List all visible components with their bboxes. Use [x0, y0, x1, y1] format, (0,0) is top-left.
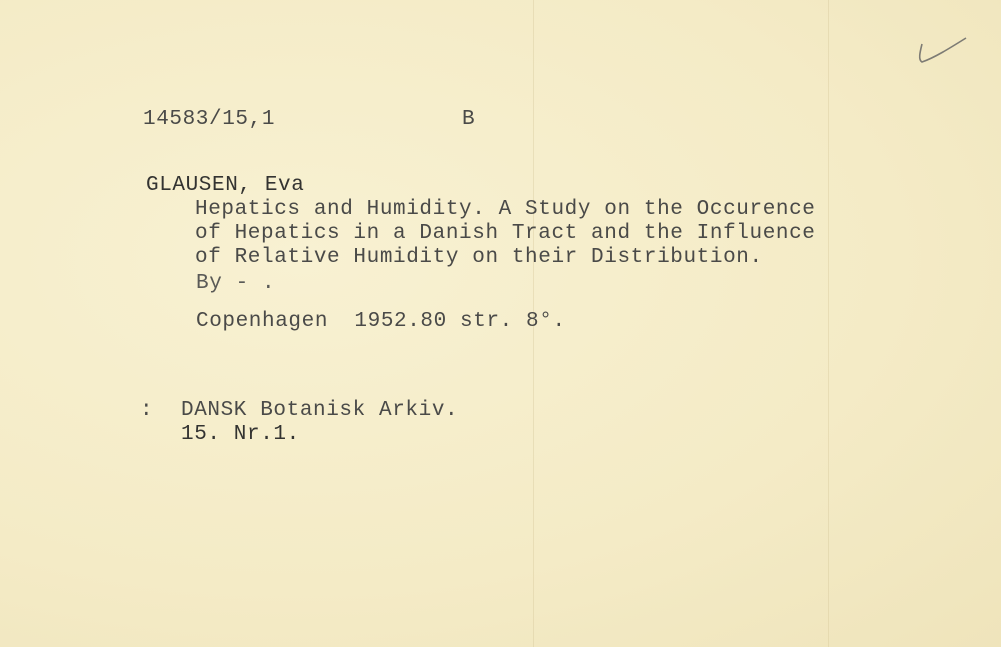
series-marker: : [140, 399, 153, 422]
card-fold-line [828, 0, 829, 647]
check-mark-icon [912, 30, 972, 70]
series-volume: 15. Nr.1. [181, 423, 300, 446]
catalog-card: 14583/15,1 B GLAUSEN, Eva Hepatics and H… [0, 0, 1001, 647]
author-heading: GLAUSEN, Eva [146, 174, 304, 197]
call-number: 14583/15,1 [143, 108, 275, 131]
class-letter: B [462, 108, 475, 131]
imprint: Copenhagen 1952.80 str. 8°. [196, 310, 566, 333]
series-title: DANSK Botanisk Arkiv. [181, 399, 458, 422]
title-line-2: of Hepatics in a Danish Tract and the In… [195, 222, 816, 245]
title-line-3: of Relative Humidity on their Distributi… [195, 246, 763, 269]
title-line-1: Hepatics and Humidity. A Study on the Oc… [195, 198, 816, 221]
by-line: By - . [196, 272, 275, 295]
